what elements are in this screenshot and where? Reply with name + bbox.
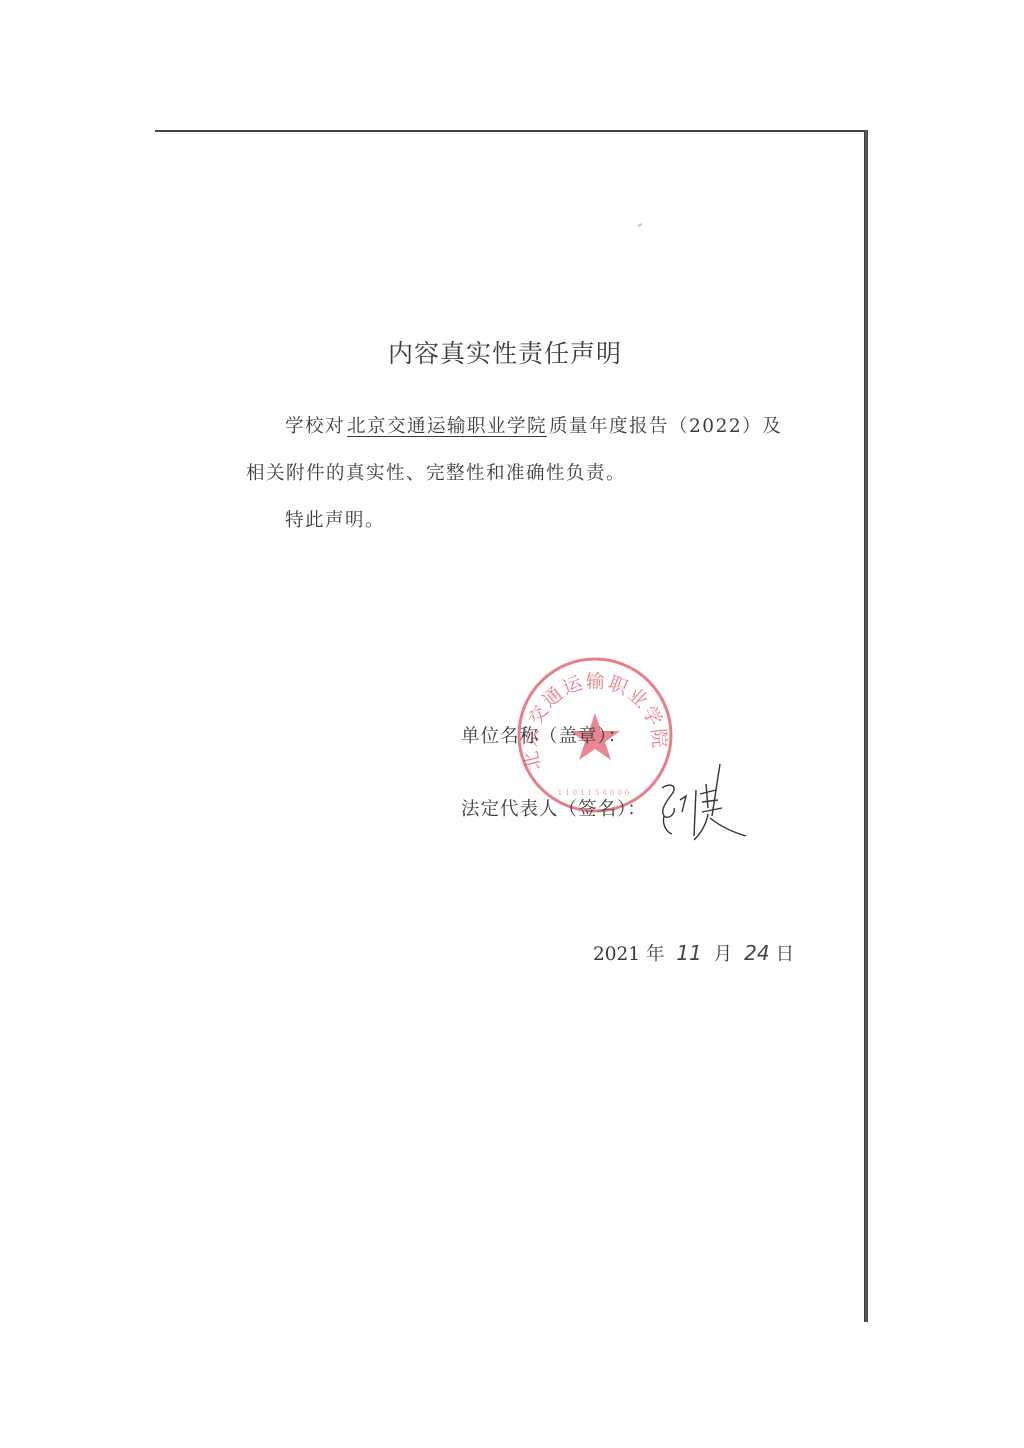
handwritten-signature xyxy=(650,760,760,850)
date-year-unit: 年 xyxy=(646,944,665,965)
statement-line-1: 学校对北京交通运输职业学院质量年度报告（2022）及 xyxy=(285,412,782,438)
document-date: 2021 年 11 月 24日 xyxy=(593,940,794,966)
date-day: 24 xyxy=(744,941,769,965)
date-month-unit: 月 xyxy=(714,944,733,965)
document-title: 内容真实性责任声明 xyxy=(0,334,1010,370)
page-top-border xyxy=(155,130,867,132)
legal-representative-label: 法定代表人（签名）： xyxy=(461,795,647,821)
date-day-unit: 日 xyxy=(776,944,795,965)
school-name: 北京交通运输职业学院 xyxy=(345,416,549,437)
scan-speck xyxy=(638,223,642,227)
statement-prefix: 学校对 xyxy=(285,416,345,437)
statement-suffix: 质量年度报告（2022）及 xyxy=(549,416,782,437)
statement-line-2: 相关附件的真实性、完整性和准确性负责。 xyxy=(246,459,626,485)
unit-name-label: 单位名称（盖章）： xyxy=(461,722,627,748)
page-right-border xyxy=(864,130,868,1322)
date-year: 2021 xyxy=(593,944,640,965)
statement-line-3: 特此声明。 xyxy=(285,506,385,532)
date-month: 11 xyxy=(676,941,701,965)
